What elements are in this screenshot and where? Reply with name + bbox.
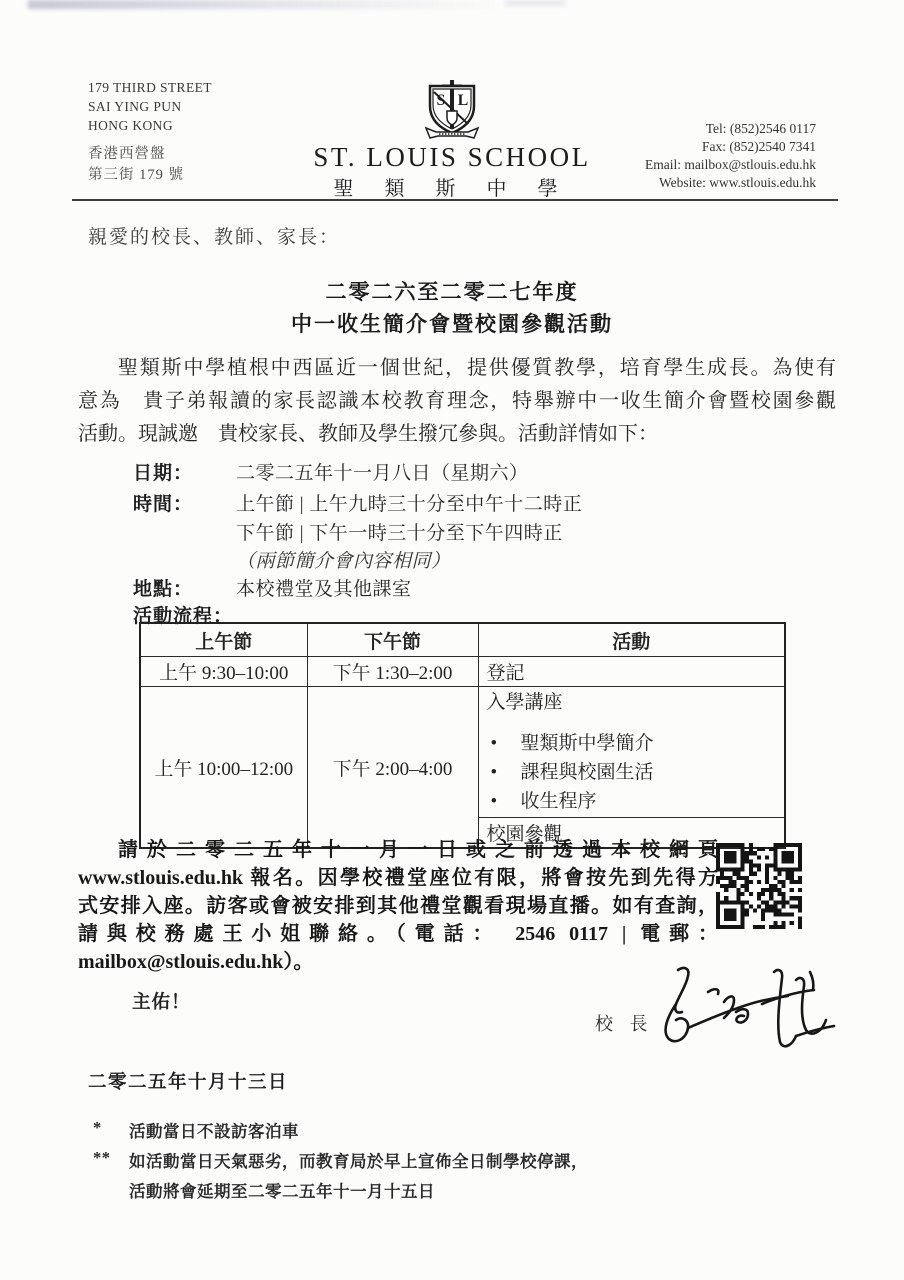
contact-info: Tel: (852)2546 0117 Fax: (852)2540 7341 … (496, 120, 816, 192)
bullet-text: 聖類斯中學簡介 (521, 729, 654, 758)
address-line: SAI YING PUN (88, 97, 212, 116)
activity-bullet: • 收生程序 (487, 787, 777, 816)
scanned-letter-page: 179 THIRD STREET SAI YING PUN HONG KONG … (0, 0, 904, 1280)
contact-email: Email: mailbox@stlouis.edu.hk (496, 156, 816, 174)
detail-time-label: 時間： (133, 489, 193, 516)
principal-signature (650, 958, 850, 1063)
detail-time-note: （兩節簡介會內容相同） (236, 546, 451, 573)
closing-blessing: 主佑！ (132, 988, 191, 1014)
contact-website: Website: www.stlouis.edu.hk (496, 174, 816, 192)
header-activity: 活動 (478, 623, 785, 657)
intro-line: 活動。現誠邀 貴校家長、教師及學生撥冗參與。活動詳情如下： (78, 418, 836, 451)
cell-activity-talk: 入學講座 • 聖類斯中學簡介 • 課程與校園生活 • 收生程序 (478, 687, 785, 818)
scan-smudge-artifact-2 (505, 0, 565, 6)
letter-greeting: 親愛的校長、教師、家長： (88, 222, 340, 249)
header-afternoon: 下午節 (307, 623, 478, 657)
header-morning: 上午節 (140, 623, 307, 657)
bullet-icon: • (487, 758, 521, 787)
registration-line: mailbox@stlouis.edu.hk）。 (78, 948, 718, 976)
footnote-text-continued: 活動將會延期至二零二五年十一月十五日 (129, 1178, 435, 1202)
bullet-text: 課程與校園生活 (521, 758, 654, 787)
footnote-text: 如活動當日天氣惡劣，而教育局於早上宣佈全日制學校停課， (129, 1148, 588, 1172)
scan-smudge-artifact (28, 0, 508, 9)
address-line: 179 THIRD STREET (88, 78, 212, 97)
activity-title: 入學講座 (487, 688, 777, 717)
registration-line: 請與校務處王小姐聯絡。（電話： 2546 0117 | 電郵： (78, 920, 718, 948)
header-divider (72, 199, 838, 201)
registration-paragraph: 請於二零二五年十一月一日或之前透過本校網頁 www.stlouis.edu.hk… (78, 836, 718, 976)
footnote-marker: ** (93, 1148, 123, 1168)
contact-tel: Tel: (852)2546 0117 (496, 120, 816, 138)
cell-activity: 登記 (478, 657, 785, 687)
principal-label: 校 長 (595, 1010, 654, 1036)
detail-venue-value: 本校禮堂及其他課室 (236, 574, 412, 601)
detail-time-value-morning: 上午節 | 上午九時三十分至中午十二時正 (236, 489, 582, 516)
svg-text:L: L (458, 92, 469, 109)
detail-time-value-afternoon: 下午節 | 下午一時三十分至下午四時正 (236, 518, 563, 545)
letter-title-line2: 中一收生簡介會暨校園參觀活動 (0, 308, 904, 338)
bullet-icon: • (487, 729, 521, 758)
cell-afternoon-time: 下午 1:30–2:00 (307, 657, 478, 687)
activity-bullet: • 課程與校園生活 (487, 758, 777, 787)
bullet-icon: • (487, 787, 521, 816)
cell-afternoon-time: 下午 2:00–4:00 (307, 687, 478, 849)
registration-line: 請於二零二五年十一月一日或之前透過本校網頁 (78, 836, 718, 864)
table-row-registration: 上午 9:30–10:00 下午 1:30–2:00 登記 (140, 657, 785, 687)
contact-fax: Fax: (852)2540 7341 (496, 138, 816, 156)
registration-line: 式安排入座。訪客或會被安排到其他禮堂觀看現場直播。如有查詢， (78, 892, 718, 920)
footnote-marker: * (93, 1118, 123, 1138)
registration-line: www.stlouis.edu.hk 報名。因學校禮堂座位有限，將會按先到先得方 (78, 864, 718, 892)
table-header-row: 上午節 下午節 活動 (140, 623, 785, 657)
letter-date: 二零二五年十月十三日 (88, 1068, 288, 1094)
qr-code-icon (716, 843, 802, 929)
footnote-text: 活動當日不設訪客泊車 (129, 1118, 299, 1142)
table-row-talk: 上午 10:00–12:00 下午 2:00–4:00 入學講座 • 聖類斯中學… (140, 687, 785, 818)
cell-morning-time: 上午 10:00–12:00 (140, 687, 307, 849)
detail-venue-label: 地點： (133, 574, 193, 601)
detail-date-label: 日期： (133, 458, 193, 485)
address-line: HONG KONG (88, 116, 212, 135)
school-address-english: 179 THIRD STREET SAI YING PUN HONG KONG (88, 78, 212, 135)
letter-title-line1: 二零二六至二零二七年度 (0, 276, 904, 306)
schedule-table: 上午節 下午節 活動 上午 9:30–10:00 下午 1:30–2:00 登記… (139, 622, 786, 849)
activity-bullet: • 聖類斯中學簡介 (487, 729, 777, 758)
detail-date-value: 二零二五年十一月八日（星期六） (236, 458, 529, 485)
svg-text:S: S (437, 92, 446, 109)
bullet-text: 收生程序 (521, 787, 597, 816)
intro-paragraph: 聖類斯中學植根中西區近一個世紀，提供優質教學，培育學生成長。為使有 意為 貴子弟… (78, 352, 836, 451)
cell-morning-time: 上午 9:30–10:00 (140, 657, 307, 687)
school-crest-icon: S L (420, 78, 484, 142)
intro-line: 意為 貴子弟報讀的家長認識本校教育理念，特舉辦中一收生簡介會暨校園參觀 (78, 385, 836, 418)
intro-line: 聖類斯中學植根中西區近一個世紀，提供優質教學，培育學生成長。為使有 (78, 352, 836, 385)
